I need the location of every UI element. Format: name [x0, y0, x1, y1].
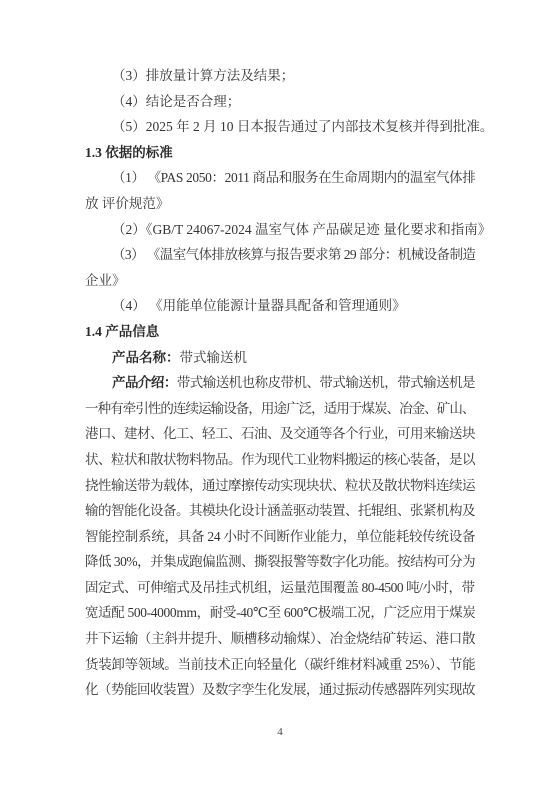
product-intro-line-4: 状、粒状和散状物料物品。作为现代工业物料搬运的核心装备，是以: [85, 447, 475, 473]
product-intro-line-9: 固定式、可伸缩式及吊挂式机组，运量范围覆盖 80-4500 吨/小时，带: [85, 575, 475, 601]
product-intro-line-10: 宽适配 500-4000mm，耐受-40℃至 600℃极端工况，广泛应用于煤炭: [85, 600, 475, 626]
text-block: （3）排放量计算方法及结果； （4）结论是否合理； （5）2025 年 2 月 …: [85, 63, 475, 703]
product-intro-line-5: 挠性输送带为载体，通过摩擦传动实现块状、粒状及散状物料连续运: [85, 473, 475, 499]
product-intro-line-7: 智能控制系统，具备 24 小时不间断作业能力，单位能耗较传统设备: [85, 524, 475, 550]
product-intro-line-8: 降低 30%，并集成跑偏监测、撕裂报警等数字化功能。按结构可分为: [85, 549, 475, 575]
product-intro-line-13: 化（势能回收装置）及数字孪生化发展，通过振动传感器阵列实现故: [85, 677, 475, 703]
product-intro-line-1: 产品介绍：带式输送机也称皮带机、带式输送机，带式输送机是: [85, 370, 475, 396]
product-name-value: 带式输送机: [180, 350, 248, 365]
page-number: 4: [0, 726, 560, 738]
standard-item-1-line-1: （1） 《PAS 2050：2011 商品和服务在生命周期内的温室气体排: [85, 165, 475, 191]
list-item-4: （4）结论是否合理；: [85, 89, 475, 115]
standard-item-3-line-2: 企业》: [85, 268, 475, 294]
standard-item-4: （4） 《用能单位能源计量器具配备和管理通则》: [85, 293, 475, 319]
standard-item-1-line-2: 放 评价规范》: [85, 191, 475, 217]
product-intro-line-2: 一种有牵引性的连续运输设备，用途广泛，适用于煤炭、冶金、矿山、: [85, 396, 475, 422]
section-heading-1-4: 1.4 产品信息: [85, 319, 475, 345]
standard-item-3-line-1: （3） 《温室气体排放核算与报告要求第 29 部分：机械设备制造: [85, 242, 475, 268]
section-heading-1-3: 1.3 依据的标准: [85, 140, 475, 166]
product-intro-line-3: 港口、建材、化工、轻工、石油、及交通等各个行业，可用来输送块: [85, 421, 475, 447]
list-item-3: （3）排放量计算方法及结果；: [85, 63, 475, 89]
document-page: （3）排放量计算方法及结果； （4）结论是否合理； （5）2025 年 2 月 …: [0, 0, 560, 792]
product-intro-line-6: 输的智能化设备。其模块化设计涵盖驱动装置、托辊组、张紧机构及: [85, 498, 475, 524]
standard-item-2: （2）《GB/T 24067-2024 温室气体 产品碳足迹 量化要求和指南》: [85, 217, 475, 243]
product-intro-line-11: 井下运输（主斜井提升、顺槽移动输煤）、冶金烧结矿转运、港口散: [85, 626, 475, 652]
list-item-5: （5）2025 年 2 月 10 日本报告通过了内部技术复核并得到批准。: [85, 114, 475, 140]
product-intro-label: 产品介绍：: [112, 375, 177, 390]
product-intro-text: 带式输送机也称皮带机、带式输送机，带式输送机是: [177, 375, 475, 390]
product-name-line: 产品名称：带式输送机: [85, 345, 475, 371]
product-intro-line-12: 货装卸等领域。当前技术正向轻量化（碳纤维材料减重 25%）、节能: [85, 652, 475, 678]
product-name-label: 产品名称：: [112, 350, 180, 365]
